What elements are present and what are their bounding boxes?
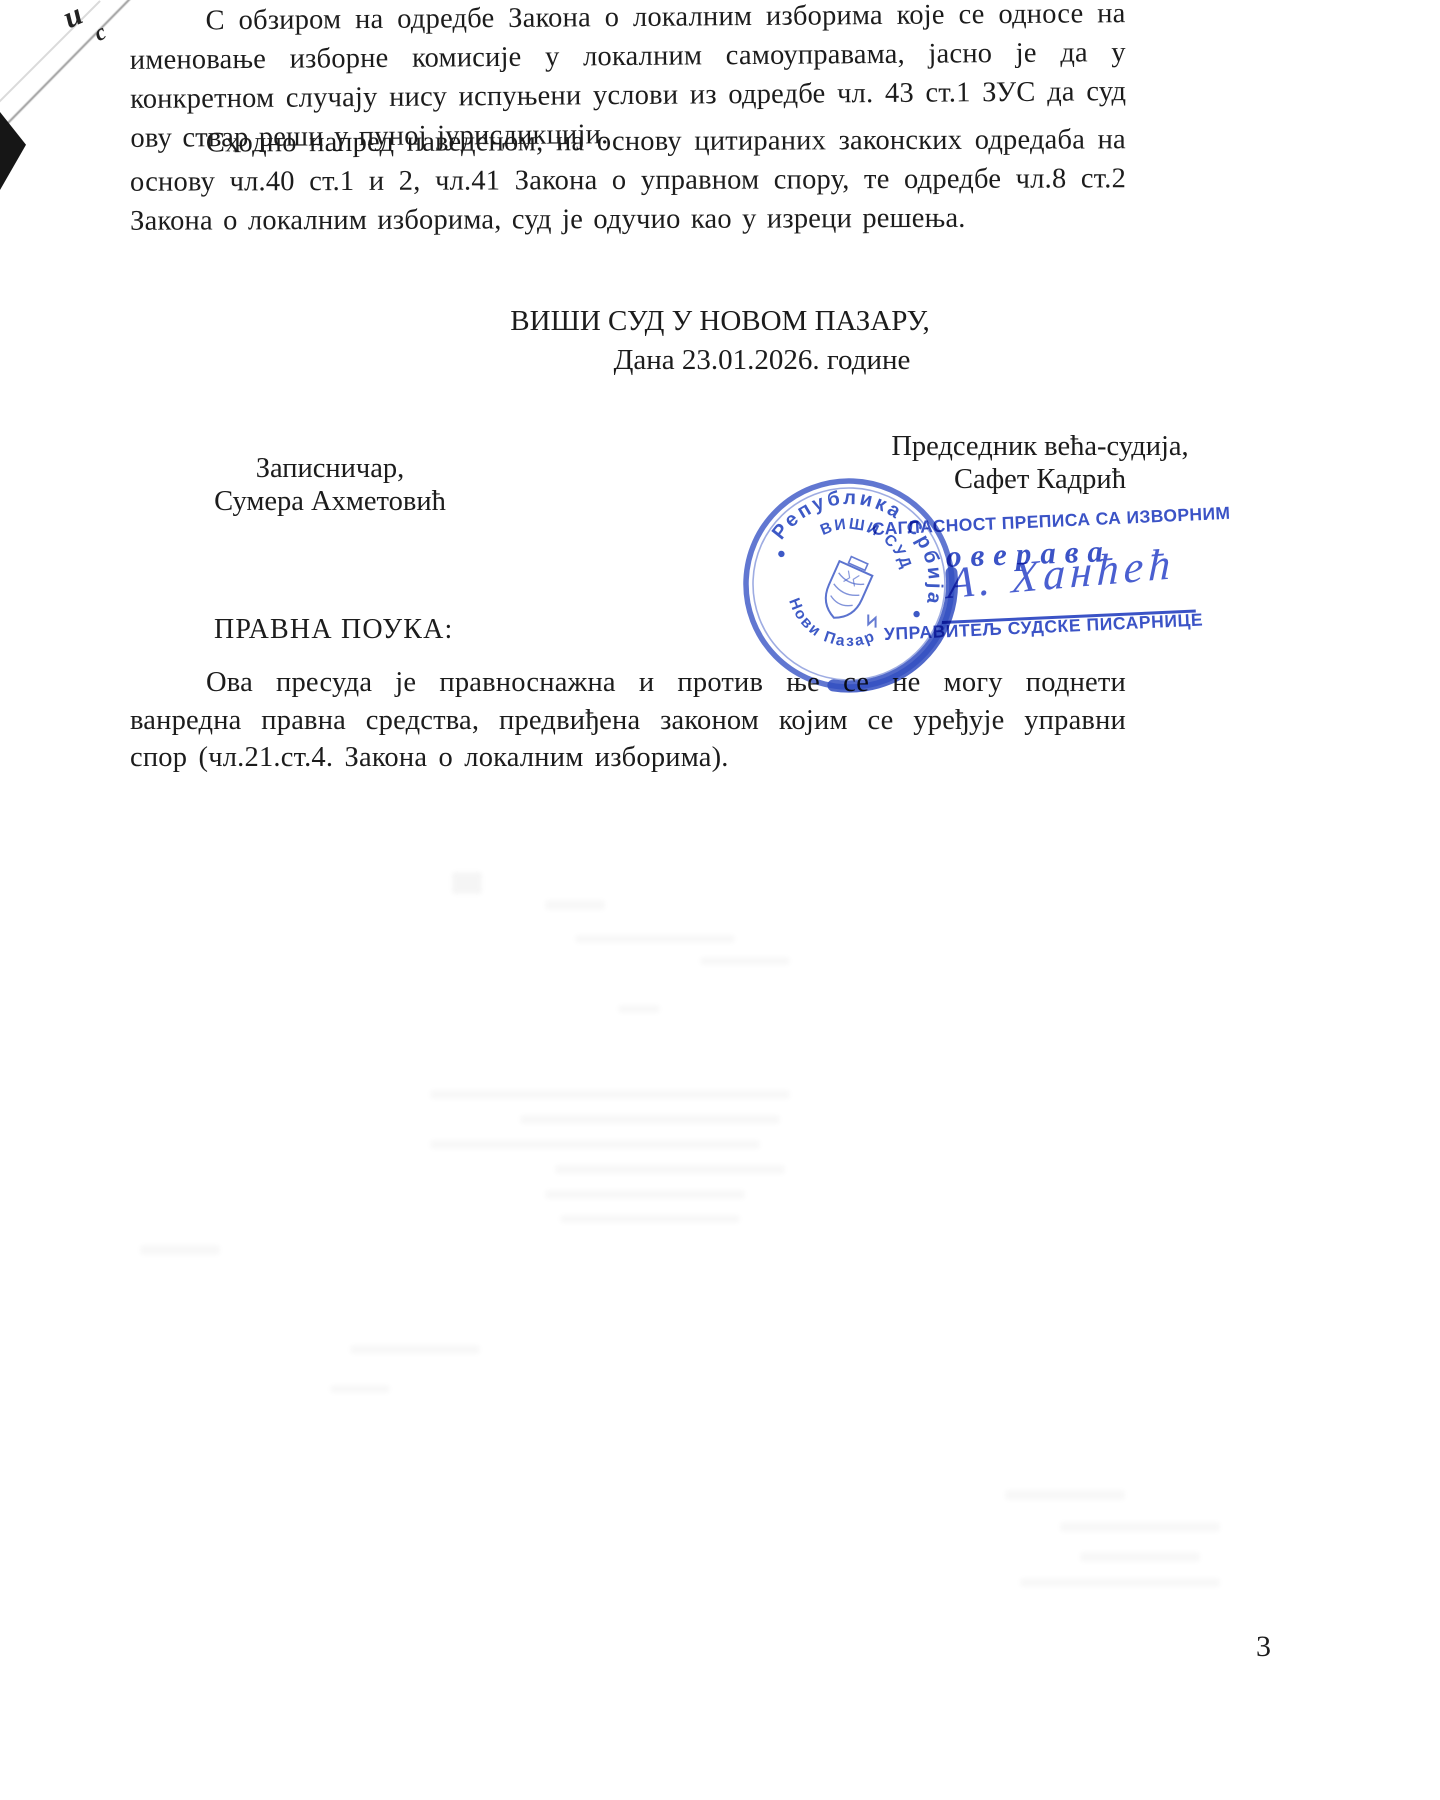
bleed-artifact <box>520 1115 780 1124</box>
bleed-artifact <box>452 872 482 894</box>
bleed-artifact <box>350 1345 480 1354</box>
judge-role: Председник већа-судија, <box>872 430 1208 463</box>
recorder-signature-block: Записничар, Сумера Ахметовић <box>172 452 488 518</box>
seal-city-text: Нови Пазар <box>775 591 883 665</box>
body-paragraph-2: Сходно напред наведеном, на основу цитир… <box>130 120 1126 240</box>
recorder-role: Записничар, <box>172 452 488 485</box>
legal-notice-heading: ПРАВНА ПОУКА: <box>214 614 454 646</box>
seal-coat-of-arms <box>818 553 898 635</box>
bleed-artifact <box>1005 1490 1125 1500</box>
bleed-artifact <box>140 1245 220 1255</box>
bleed-artifact <box>575 935 735 943</box>
seal-dot-left <box>777 550 785 558</box>
bleed-artifact <box>430 1140 760 1149</box>
bleed-artifact <box>330 1385 390 1393</box>
corner-handwriting-mark: и <box>57 0 87 36</box>
recorder-name: Сумера Ахметовић <box>172 485 488 518</box>
bleed-artifact <box>545 900 605 910</box>
scanned-court-document-page: и с С обзиром на одредбе Закона о локалн… <box>0 0 1440 1800</box>
court-date-block: ВИШИ СУД У НОВОМ ПАЗАРУ, Дана 23.01.2026… <box>0 302 1440 380</box>
bleed-artifact <box>1080 1552 1200 1562</box>
page-number: 3 <box>1256 1630 1271 1664</box>
bleed-artifact <box>1020 1578 1220 1587</box>
court-seal-stamp: Република Србија ВИШИ СУД Нови Пазар <box>731 466 967 702</box>
scan-corner-black-wedge <box>0 112 26 190</box>
bleed-artifact <box>618 1005 660 1013</box>
bleed-artifact <box>560 1215 740 1223</box>
body-paragraph-3: Ова пресуда је правноснажна и против ње … <box>130 664 1126 777</box>
bleed-artifact <box>430 1090 790 1099</box>
decision-date: Дана 23.01.2026. године <box>614 341 911 380</box>
bleed-artifact <box>1060 1522 1220 1532</box>
bleed-artifact <box>545 1190 745 1199</box>
bleed-artifact <box>555 1165 785 1174</box>
bleed-artifact <box>700 957 790 965</box>
court-name: ВИШИ СУД У НОВОМ ПАЗАРУ, <box>0 302 1440 341</box>
scan-corner-edge-line-faint <box>0 0 101 107</box>
seal-dot-right <box>912 610 920 618</box>
